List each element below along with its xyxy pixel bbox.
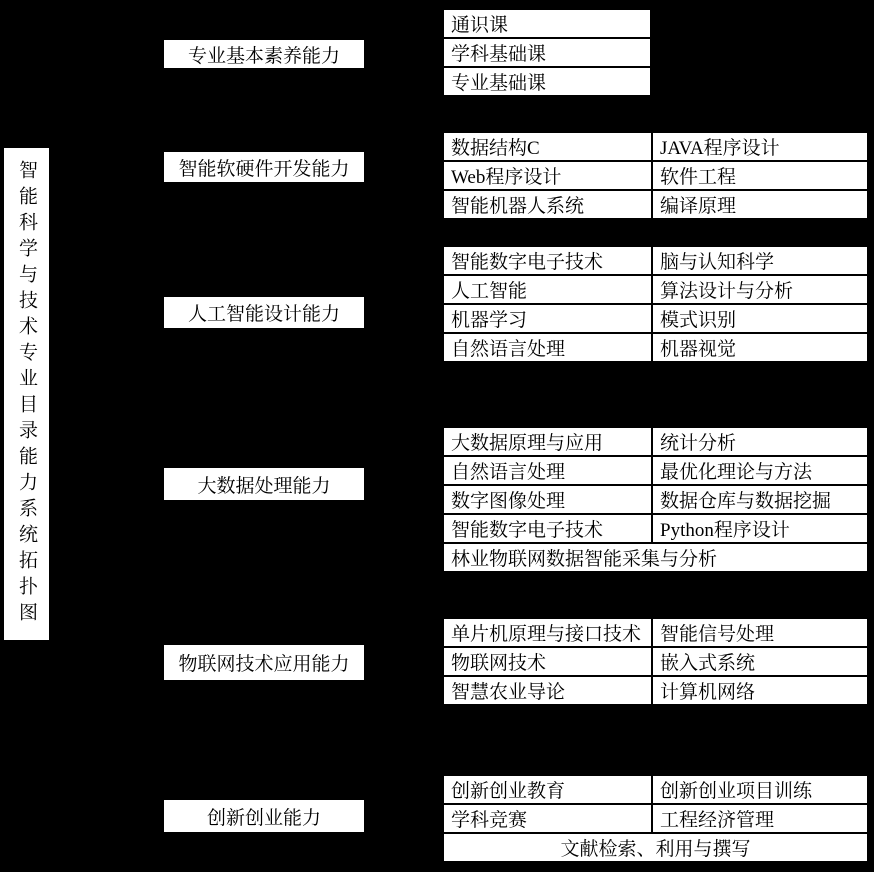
course-cell: 智能数字电子技术 [443, 246, 652, 275]
course-cell: 自然语言处理 [443, 456, 652, 485]
table-row: 林业物联网数据智能采集与分析 [443, 543, 868, 572]
capability-label: 专业基本素养能力 [188, 41, 340, 68]
table-row: 创新创业教育 创新创业项目训练 [443, 775, 868, 804]
course-cell: 软件工程 [652, 161, 868, 190]
course-cell: 智能机器人系统 [443, 190, 652, 219]
table-row: 数据结构C JAVA程序设计 [443, 132, 868, 161]
course-cell-span: 林业物联网数据智能采集与分析 [443, 543, 868, 572]
course-cell: 智能数字电子技术 [443, 514, 652, 543]
table-row: 单片机原理与接口技术 智能信号处理 [443, 618, 868, 647]
course-cell: 工程经济管理 [652, 804, 868, 833]
table-row: 智能机器人系统 编译原理 [443, 190, 868, 219]
course-cell: 数据仓库与数据挖掘 [652, 485, 868, 514]
table-row: 物联网技术 嵌入式系统 [443, 647, 868, 676]
capability-box-innovation: 创新创业能力 [164, 800, 364, 832]
table-row: Web程序设计 软件工程 [443, 161, 868, 190]
table-row: 数字图像处理 数据仓库与数据挖掘 [443, 485, 868, 514]
course-cell: 学科基础课 [443, 38, 651, 67]
course-cell: 脑与认知科学 [652, 246, 868, 275]
table-row: 智慧农业导论 计算机网络 [443, 676, 868, 705]
table-row: 学科竞赛 工程经济管理 [443, 804, 868, 833]
course-cell: 统计分析 [652, 427, 868, 456]
diagram-title: 智能科学与技术专业目录能力系统拓扑图 [4, 148, 49, 640]
course-table-software-hardware-dev: 数据结构C JAVA程序设计 Web程序设计 软件工程 智能机器人系统 编译原理 [442, 131, 869, 220]
course-table-innovation: 创新创业教育 创新创业项目训练 学科竞赛 工程经济管理 文献检索、利用与撰写 [442, 774, 869, 863]
course-cell: 模式识别 [652, 304, 868, 333]
course-cell: 最优化理论与方法 [652, 456, 868, 485]
capability-box-big-data: 大数据处理能力 [164, 468, 364, 500]
course-cell: 自然语言处理 [443, 333, 652, 362]
capability-label: 物联网技术应用能力 [178, 649, 349, 676]
capability-box-software-hardware-dev: 智能软硬件开发能力 [164, 152, 364, 182]
table-row: 机器学习 模式识别 [443, 304, 868, 333]
table-row: 智能数字电子技术 脑与认知科学 [443, 246, 868, 275]
course-cell: 算法设计与分析 [652, 275, 868, 304]
course-cell: 单片机原理与接口技术 [443, 618, 652, 647]
table-row: 通识课 [443, 9, 651, 38]
course-cell: 专业基础课 [443, 67, 651, 96]
course-cell: 学科竞赛 [443, 804, 652, 833]
course-cell: 嵌入式系统 [652, 647, 868, 676]
course-cell: 计算机网络 [652, 676, 868, 705]
course-cell: JAVA程序设计 [652, 132, 868, 161]
course-cell: 通识课 [443, 9, 651, 38]
table-row: 学科基础课 [443, 38, 651, 67]
course-cell: 机器学习 [443, 304, 652, 333]
course-cell: 数据结构C [443, 132, 652, 161]
capability-label: 大数据处理能力 [197, 471, 330, 498]
capability-label: 创新创业能力 [207, 803, 321, 830]
course-cell: 编译原理 [652, 190, 868, 219]
course-cell: 人工智能 [443, 275, 652, 304]
capability-box-ai-design: 人工智能设计能力 [164, 297, 364, 328]
course-cell: 创新创业教育 [443, 775, 652, 804]
course-table-big-data: 大数据原理与应用 统计分析 自然语言处理 最优化理论与方法 数字图像处理 数据仓… [442, 426, 869, 573]
table-row: 专业基础课 [443, 67, 651, 96]
course-table-iot-application: 单片机原理与接口技术 智能信号处理 物联网技术 嵌入式系统 智慧农业导论 计算机… [442, 617, 869, 706]
course-cell: 创新创业项目训练 [652, 775, 868, 804]
course-table-basic-quality: 通识课 学科基础课 专业基础课 [442, 8, 652, 97]
course-cell: 大数据原理与应用 [443, 427, 652, 456]
capability-label: 智能软硬件开发能力 [178, 154, 349, 181]
course-cell: 智慧农业导论 [443, 676, 652, 705]
table-row: 自然语言处理 机器视觉 [443, 333, 868, 362]
table-row: 文献检索、利用与撰写 [443, 833, 868, 862]
table-row: 智能数字电子技术 Python程序设计 [443, 514, 868, 543]
table-row: 人工智能 算法设计与分析 [443, 275, 868, 304]
course-cell: 智能信号处理 [652, 618, 868, 647]
course-cell: Python程序设计 [652, 514, 868, 543]
table-row: 自然语言处理 最优化理论与方法 [443, 456, 868, 485]
course-cell: Web程序设计 [443, 161, 652, 190]
topology-diagram: 智能科学与技术专业目录能力系统拓扑图 专业基本素养能力 智能软硬件开发能力 人工… [0, 0, 874, 872]
course-table-ai-design: 智能数字电子技术 脑与认知科学 人工智能 算法设计与分析 机器学习 模式识别 自… [442, 245, 869, 363]
course-cell: 物联网技术 [443, 647, 652, 676]
course-cell: 机器视觉 [652, 333, 868, 362]
table-row: 大数据原理与应用 统计分析 [443, 427, 868, 456]
capability-label: 人工智能设计能力 [188, 299, 340, 326]
course-cell-span: 文献检索、利用与撰写 [443, 833, 868, 862]
capability-box-iot-application: 物联网技术应用能力 [164, 645, 364, 680]
course-cell: 数字图像处理 [443, 485, 652, 514]
capability-box-basic-quality: 专业基本素养能力 [164, 40, 364, 68]
